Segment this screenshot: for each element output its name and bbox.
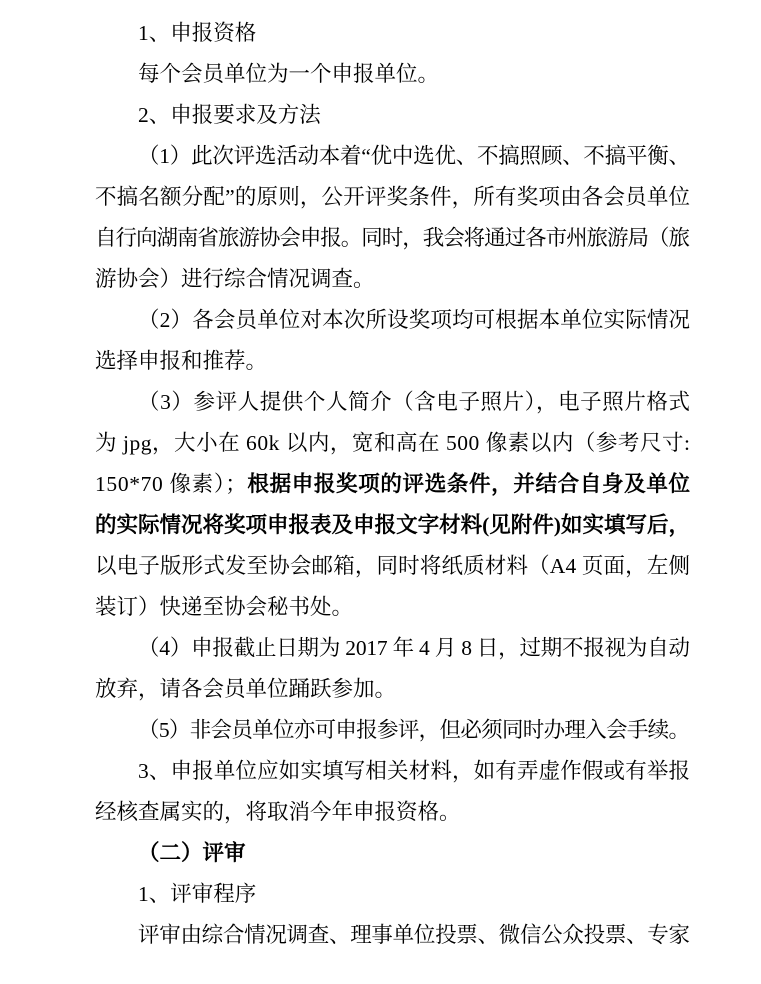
line-text: 游协会）进行综合情况调查。 <box>95 267 375 291</box>
line-text: 经核查属实的，将取消今年申报资格。 <box>95 800 461 824</box>
line-text: （2）各会员单位对本次所设奖项均可根据本单位实际情况 <box>138 308 690 332</box>
bold-text-segment: （二）评审 <box>138 841 246 865</box>
text-line: 放弃，请各会员单位踊跃参加。 <box>95 669 690 710</box>
text-line: 自行向湖南省旅游协会申报。同时，我会将通过各市州旅游局（旅 <box>95 218 690 259</box>
text-segment: 为 jpg，大小在 60k 以内，宽和高在 500 像素以内（参考尺寸: <box>95 431 691 455</box>
text-segment: 3、申报单位应如实填写相关材料，如有弄虚作假或有举报 <box>138 759 690 783</box>
text-line: 1、申报资格 <box>95 13 690 54</box>
text-segment: 150*70 像素）； <box>95 472 247 496</box>
text-line: 1、评审程序 <box>95 874 690 915</box>
line-text: 以电子版形式发至协会邮箱，同时将纸质材料（A4 页面，左侧 <box>95 554 690 578</box>
line-text: 2、申报要求及方法 <box>138 103 321 127</box>
text-segment: 游协会）进行综合情况调查。 <box>95 267 375 291</box>
document-content: 1、申报资格每个会员单位为一个申报单位。2、申报要求及方法（1）此次评选活动本着… <box>95 13 690 956</box>
text-line: （2）各会员单位对本次所设奖项均可根据本单位实际情况 <box>95 300 690 341</box>
line-text: 150*70 像素）；根据申报奖项的评选条件，并结合自身及单位 <box>95 472 691 496</box>
text-line: 2、申报要求及方法 <box>95 95 690 136</box>
text-line: （3）参评人提供个人简介（含电子照片），电子照片格式 <box>95 382 690 423</box>
text-segment: 选择申报和推荐。 <box>95 349 267 373</box>
text-line: 游协会）进行综合情况调查。 <box>95 259 690 300</box>
text-line: 选择申报和推荐。 <box>95 341 690 382</box>
line-text: 不搞名额分配”的原则，公开评奖条件，所有奖项由各会员单位 <box>95 185 690 209</box>
text-segment: （5）非会员单位亦可申报参评，但必须同时办理入会手续。 <box>138 718 689 742</box>
text-segment: （4）申报截止日期为 2017 年 4 月 8 日，过期不报视为自动 <box>138 636 690 660</box>
text-line: 评审由综合情况调查、理事单位投票、微信公众投票、专家 <box>95 915 690 956</box>
text-segment: 每个会员单位为一个申报单位。 <box>138 62 439 86</box>
text-line: （4）申报截止日期为 2017 年 4 月 8 日，过期不报视为自动 <box>95 628 690 669</box>
text-line: 为 jpg，大小在 60k 以内，宽和高在 500 像素以内（参考尺寸: <box>95 423 690 464</box>
line-text: 每个会员单位为一个申报单位。 <box>138 62 439 86</box>
text-segment: 1、评审程序 <box>138 882 256 906</box>
text-line: 的实际情况将奖项申报表及申报文字材料(见附件)如实填写后， <box>95 505 690 546</box>
text-line: 不搞名额分配”的原则，公开评奖条件，所有奖项由各会员单位 <box>95 177 690 218</box>
text-segment: 自行向湖南省旅游协会申报。同时，我会将通过各市州旅游局（旅 <box>95 226 689 250</box>
text-line: 每个会员单位为一个申报单位。 <box>95 54 690 95</box>
line-text: （1）此次评选活动本着“优中选优、不搞照顾、不搞平衡、 <box>138 144 690 168</box>
text-segment: 以电子版形式发至协会邮箱，同时将纸质材料（A4 页面，左侧 <box>95 554 690 578</box>
line-text: （5）非会员单位亦可申报参评，但必须同时办理入会手续。 <box>138 718 689 742</box>
bold-text-segment: 的实际情况将奖项申报表及申报文字材料(见附件)如实填写后， <box>95 513 690 537</box>
text-line: （1）此次评选活动本着“优中选优、不搞照顾、不搞平衡、 <box>95 136 690 177</box>
line-text: （二）评审 <box>138 841 246 865</box>
line-text: 1、评审程序 <box>138 882 256 906</box>
text-segment: 经核查属实的，将取消今年申报资格。 <box>95 800 461 824</box>
line-text: （4）申报截止日期为 2017 年 4 月 8 日，过期不报视为自动 <box>138 636 690 660</box>
text-line: 装订）快递至协会秘书处。 <box>95 587 690 628</box>
text-segment: 不搞名额分配”的原则，公开评奖条件，所有奖项由各会员单位 <box>95 185 690 209</box>
line-text: 放弃，请各会员单位踊跃参加。 <box>95 677 396 701</box>
line-text: 的实际情况将奖项申报表及申报文字材料(见附件)如实填写后， <box>95 513 690 537</box>
line-text: 选择申报和推荐。 <box>95 349 267 373</box>
text-line: 以电子版形式发至协会邮箱，同时将纸质材料（A4 页面，左侧 <box>95 546 690 587</box>
text-segment: 放弃，请各会员单位踊跃参加。 <box>95 677 396 701</box>
line-text: 评审由综合情况调查、理事单位投票、微信公众投票、专家 <box>138 923 690 947</box>
document-page: 1、申报资格每个会员单位为一个申报单位。2、申报要求及方法（1）此次评选活动本着… <box>0 0 761 984</box>
text-segment: （3）参评人提供个人简介（含电子照片），电子照片格式 <box>138 390 691 414</box>
text-line: 150*70 像素）；根据申报奖项的评选条件，并结合自身及单位 <box>95 464 690 505</box>
text-line: 3、申报单位应如实填写相关材料，如有弄虚作假或有举报 <box>95 751 690 792</box>
line-text: 3、申报单位应如实填写相关材料，如有弄虚作假或有举报 <box>138 759 690 783</box>
text-segment: （2）各会员单位对本次所设奖项均可根据本单位实际情况 <box>138 308 690 332</box>
text-line: （5）非会员单位亦可申报参评，但必须同时办理入会手续。 <box>95 710 690 751</box>
text-segment: 1、申报资格 <box>138 21 256 45</box>
text-segment: （1）此次评选活动本着“优中选优、不搞照顾、不搞平衡、 <box>138 144 690 168</box>
line-text: 为 jpg，大小在 60k 以内，宽和高在 500 像素以内（参考尺寸: <box>95 431 691 455</box>
line-text: 1、申报资格 <box>138 21 256 45</box>
line-text: （3）参评人提供个人简介（含电子照片），电子照片格式 <box>138 390 691 414</box>
line-text: 装订）快递至协会秘书处。 <box>95 595 353 619</box>
text-line: 经核查属实的，将取消今年申报资格。 <box>95 792 690 833</box>
text-segment: 评审由综合情况调查、理事单位投票、微信公众投票、专家 <box>138 923 690 947</box>
text-segment: 2、申报要求及方法 <box>138 103 321 127</box>
text-line: （二）评审 <box>95 833 690 874</box>
bold-text-segment: 根据申报奖项的评选条件，并结合自身及单位 <box>247 472 690 496</box>
line-text: 自行向湖南省旅游协会申报。同时，我会将通过各市州旅游局（旅 <box>95 226 689 250</box>
text-segment: 装订）快递至协会秘书处。 <box>95 595 353 619</box>
